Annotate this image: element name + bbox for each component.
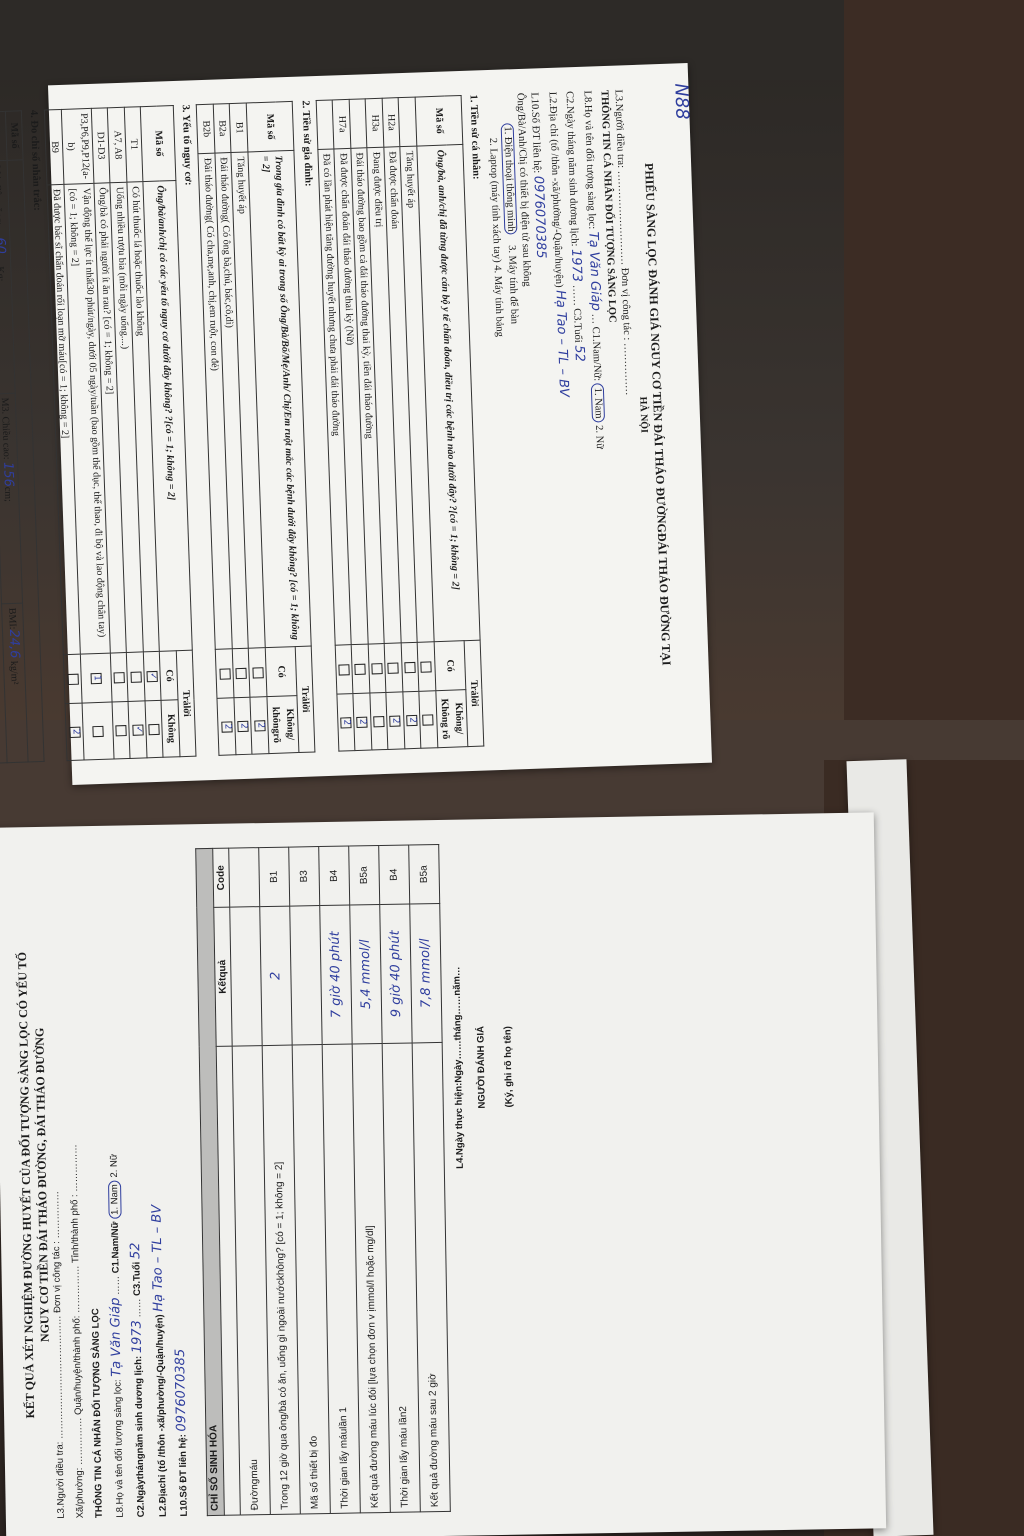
c3-label: C3.Tuổi bbox=[572, 308, 584, 343]
row-code: H7a bbox=[332, 99, 350, 149]
yes-checkbox[interactable] bbox=[404, 661, 415, 672]
yes-checkbox[interactable] bbox=[252, 667, 263, 678]
result-c3-label: C3.Tuổi bbox=[132, 1262, 144, 1296]
yes-checkbox[interactable] bbox=[338, 664, 349, 675]
screening-form-sheet: N88 PHIẾU SÀNG LỌC ĐÁNH GIÁ NGUY CƠ TIỀN… bbox=[48, 63, 712, 785]
no-checkbox[interactable]: ✓ bbox=[132, 724, 143, 735]
m3-label: M3. Chiều cao: bbox=[0, 397, 12, 459]
result-l8-label: L8.Họ và tên đối tượng sàng lọc: bbox=[112, 1379, 125, 1517]
row-code: B5a bbox=[349, 846, 380, 906]
row-code: B4 bbox=[379, 845, 410, 905]
l2-value[interactable]: Hạ Tao – TL – BV bbox=[552, 290, 571, 397]
device-option-3[interactable]: 3. Máy tính để bàn bbox=[505, 245, 519, 324]
no-checkbox[interactable] bbox=[373, 716, 384, 727]
result-l4-date: L4.Ngày thực hiện:Ngày……tháng……năm… bbox=[449, 844, 473, 1512]
result-l8-value[interactable]: Tạ Văn Giáp bbox=[108, 1297, 124, 1376]
c1-option-female[interactable]: 2. Nữ bbox=[593, 425, 605, 449]
s3-col-yes: Có bbox=[160, 651, 178, 701]
result-c1-label: C1.Nam/Nữ bbox=[110, 1221, 122, 1273]
yes-checkbox[interactable] bbox=[114, 672, 125, 683]
result-c2-value[interactable]: 1973 bbox=[130, 1320, 146, 1353]
no-checkbox[interactable]: 2 bbox=[69, 726, 80, 737]
s2-table: Mã số Trong gia đình có bất kỳ ai trong … bbox=[196, 101, 316, 756]
m4-label: M4. Cân nặng: bbox=[0, 165, 3, 225]
result-c2-label: C2.Ngàythángnăm sinh dương lịch: bbox=[133, 1356, 147, 1518]
result-l10-value[interactable]: 0976070385 bbox=[173, 1349, 189, 1432]
no-checkbox[interactable]: 2 bbox=[340, 717, 351, 728]
col-code: Code bbox=[212, 848, 230, 907]
no-checkbox[interactable]: 2 bbox=[357, 716, 368, 727]
result-c3-value[interactable]: 52 bbox=[128, 1242, 143, 1259]
row-code bbox=[398, 97, 416, 147]
row-code: H2a bbox=[382, 98, 400, 148]
device-option-4[interactable]: 4. Máy tính bảng bbox=[492, 265, 505, 337]
no-checkbox[interactable]: 2 bbox=[221, 721, 232, 732]
glucose-result-form: KẾT QUẢ XÉT NGHIỆM ĐƯỜNG HUYẾT CỦA ĐỐI T… bbox=[0, 812, 886, 1536]
row-result[interactable]: 2 bbox=[260, 906, 292, 1046]
result-l2-label: L2.Địachỉ (tổ /thôn -xã/phường/-Quận/huy… bbox=[154, 1314, 169, 1517]
row-code: B1 bbox=[230, 103, 248, 153]
yes-checkbox[interactable] bbox=[371, 663, 382, 674]
row-code: B1 bbox=[259, 847, 290, 907]
s1-col-yes: Có bbox=[434, 641, 466, 691]
no-checkbox[interactable] bbox=[148, 723, 159, 734]
row-code: B9 bbox=[45, 109, 64, 184]
row-code: H3a bbox=[365, 98, 383, 148]
row-code: P3,P6,P9,P12(a-b) bbox=[61, 108, 94, 184]
yes-checkbox[interactable]: 1 bbox=[90, 672, 101, 683]
m3-unit: cm; bbox=[2, 487, 14, 502]
s2-col-yes: Có bbox=[265, 647, 297, 697]
l8-label: L8.Họ và tên đối tượng sàng lọc: bbox=[581, 90, 597, 229]
no-checkbox[interactable]: 2 bbox=[406, 714, 417, 725]
row-code: B3 bbox=[289, 847, 320, 907]
result-l3-label: L3.Người điều tra: bbox=[55, 1442, 67, 1519]
yes-checkbox[interactable] bbox=[130, 671, 141, 682]
m3-value[interactable]: 156 bbox=[0, 462, 16, 487]
c1-label: C1.Nam/Nữ: bbox=[590, 326, 603, 381]
c3-value[interactable]: 52 bbox=[572, 345, 588, 362]
corner-note: N88 bbox=[668, 83, 694, 120]
yes-checkbox[interactable] bbox=[236, 667, 247, 678]
no-checkbox[interactable] bbox=[92, 725, 103, 736]
row-code: B4 bbox=[319, 846, 350, 906]
screening-form: N88 PHIẾU SÀNG LỌC ĐÁNH GIÁ NGUY CƠ TIỀN… bbox=[48, 63, 712, 785]
s2-col-no: Không/ khôngrõ bbox=[267, 696, 299, 754]
biochem-table: CHỈ SỐ SINH HÓA KếtquảCodeĐườngmáuTrong … bbox=[195, 844, 451, 1516]
row-result[interactable]: 7 giờ 40 phút bbox=[320, 905, 352, 1045]
m4-value[interactable]: 60 bbox=[0, 237, 7, 254]
bmi-value[interactable]: 24,6 bbox=[6, 629, 22, 658]
district-label: Quận/huyện/thành phố: bbox=[72, 1316, 85, 1415]
s4-col-code: Mã số bbox=[5, 111, 23, 161]
row-code bbox=[316, 100, 334, 150]
row-code: B2b bbox=[197, 104, 215, 154]
background-wood-right bbox=[844, 0, 1024, 800]
s1-table: Mã số Ông/bà, anh/chị đã từng được cán b… bbox=[315, 95, 484, 752]
result-signer-note: (Ký, ghi rõ họ tên) bbox=[499, 843, 523, 1511]
l2-label: L2.Địa chỉ (tổ /thôn -xã/phường/-Quận/hu… bbox=[546, 92, 564, 288]
bmi-unit: kg/m² bbox=[8, 661, 20, 685]
l10-value[interactable]: 0976070385 bbox=[531, 176, 549, 259]
row-result[interactable]: 5,4 mmol/l bbox=[350, 905, 382, 1045]
s1-col-code: Mã số bbox=[415, 95, 463, 146]
result-c1-female[interactable]: 2. Nữ bbox=[108, 1154, 119, 1178]
row-code: B5a bbox=[409, 844, 440, 904]
no-checkbox[interactable] bbox=[115, 725, 126, 736]
yes-checkbox[interactable] bbox=[421, 661, 432, 672]
s3-col-code: Mã số bbox=[141, 106, 177, 182]
yes-checkbox[interactable] bbox=[219, 668, 230, 679]
row-result[interactable]: 9 giờ 40 phút bbox=[380, 904, 412, 1044]
yes-checkbox[interactable]: ✓ bbox=[147, 670, 158, 681]
no-checkbox[interactable]: 2 bbox=[254, 720, 265, 731]
row-code: A7, A8 bbox=[108, 107, 127, 182]
s3-col-no: Không bbox=[161, 700, 179, 758]
no-checkbox[interactable]: 2 bbox=[390, 715, 401, 726]
s1-col-no: Không/ Không rõ bbox=[435, 690, 467, 748]
work-unit-label: Đơn vị công tác : bbox=[619, 268, 633, 341]
yes-checkbox[interactable] bbox=[67, 673, 78, 684]
c2-value[interactable]: 1973 bbox=[568, 249, 584, 283]
row-result[interactable] bbox=[290, 906, 322, 1046]
row-code: D1-D3 bbox=[91, 108, 110, 183]
glucose-result-sheet: KẾT QUẢ XÉT NGHIỆM ĐƯỜNG HUYẾT CỦA ĐỐI T… bbox=[0, 812, 886, 1536]
province-label: Tỉnh/thành phố : bbox=[69, 1194, 81, 1263]
result-signer: NGƯỜI ĐÁNH GIÁ bbox=[472, 843, 496, 1511]
row-code bbox=[229, 848, 260, 908]
l10-label: L10.Số ĐT liên hệ: bbox=[529, 92, 543, 173]
m4-unit: Kg; bbox=[0, 266, 5, 281]
l3-label: L3.Người điều tra: bbox=[613, 89, 627, 168]
c1-option-male[interactable]: 1. Nam bbox=[591, 383, 605, 422]
result-c1-male[interactable]: 1. Nam bbox=[108, 1180, 122, 1219]
result-work-unit-label: Đơn vị công tác : bbox=[51, 1241, 63, 1313]
l8-value[interactable]: Tạ Văn Giáp bbox=[585, 232, 603, 312]
c2-label: C2.Ngày tháng năm sinh dương lịch: bbox=[564, 91, 580, 247]
row-result[interactable]: 7,8 mmol/l bbox=[410, 903, 442, 1043]
result-l2-value[interactable]: Hạ Tao – TL – BV bbox=[149, 1205, 166, 1312]
result-l10-label: L10.Số ĐT liên hệ: bbox=[178, 1434, 190, 1517]
ward-label: Xã/phường: bbox=[74, 1468, 86, 1519]
row-code: B2a bbox=[213, 104, 231, 154]
s2-col-code: Mã số bbox=[246, 101, 294, 152]
yes-checkbox[interactable] bbox=[388, 662, 399, 673]
row-result[interactable] bbox=[230, 907, 262, 1047]
no-checkbox[interactable]: 2 bbox=[237, 720, 248, 731]
yes-checkbox[interactable] bbox=[355, 663, 366, 674]
row-code bbox=[349, 99, 367, 149]
row-code: T1 bbox=[124, 107, 143, 182]
no-checkbox[interactable] bbox=[423, 714, 434, 725]
bmi-label: BMI: bbox=[6, 608, 18, 630]
s3-table: Mã số Ông/bà/anh/chị có các yếu tố nguy … bbox=[44, 105, 197, 761]
